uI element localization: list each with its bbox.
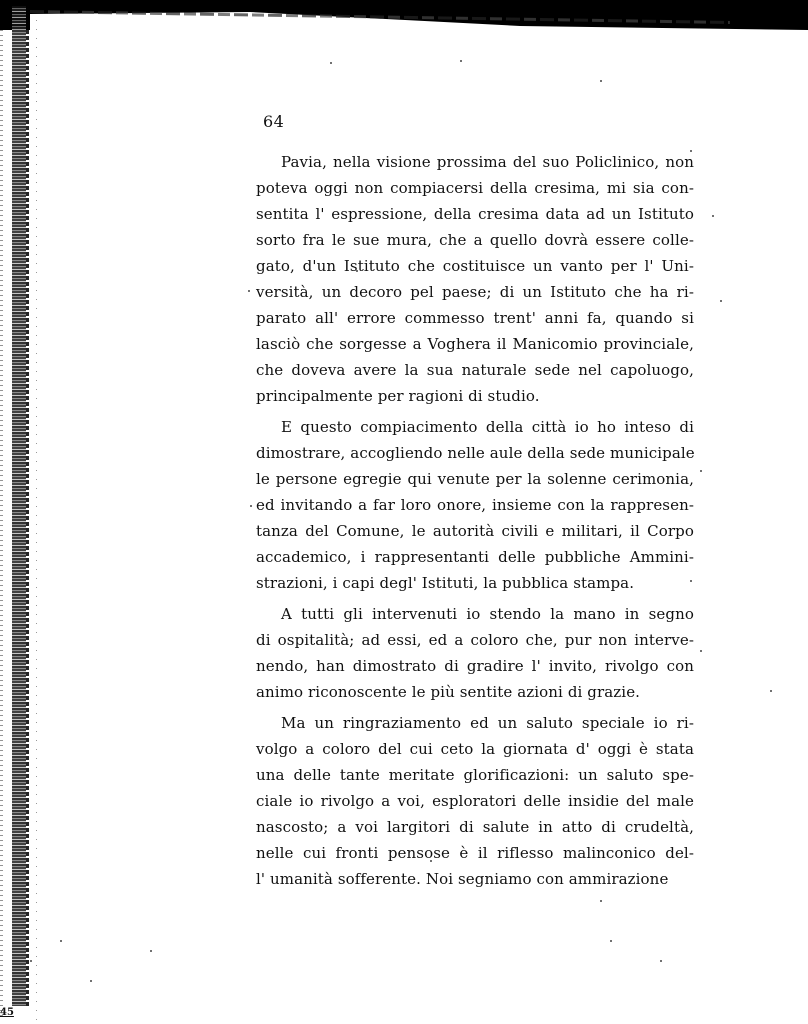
scan-speck bbox=[690, 580, 692, 582]
scan-speck bbox=[600, 80, 602, 82]
text-line: gato, d'un Istituto che costituisce un v… bbox=[256, 253, 694, 279]
scan-speck bbox=[150, 950, 152, 952]
text-line: l' umanità sofferente. Noi segniamo con … bbox=[256, 866, 694, 892]
margin-mark: 45 bbox=[0, 1007, 14, 1018]
text-line: lasciò che sorgesse a Voghera il Manicom… bbox=[256, 331, 694, 357]
text-line: ciale io rivolgo a voi, esploratori dell… bbox=[256, 788, 694, 814]
scan-speck bbox=[720, 300, 722, 302]
scan-speck bbox=[430, 860, 432, 862]
text-line: tanza del Comune, le autorità civili e m… bbox=[256, 518, 694, 544]
text-line: accademico, i rappresentanti delle pubbl… bbox=[256, 544, 694, 570]
scan-speck bbox=[700, 470, 702, 472]
scan-speck bbox=[250, 505, 252, 507]
text-line: animo riconoscente le più sentite azioni… bbox=[256, 679, 694, 705]
text-line: parato all' errore commesso trent' anni … bbox=[256, 305, 694, 331]
text-line: nelle cui fronti pensose è il riflesso m… bbox=[256, 840, 694, 866]
scan-speck bbox=[60, 940, 62, 942]
text-line: sorto fra le sue mura, che a quello dovr… bbox=[256, 227, 694, 253]
text-line: di ospitalità; ad essi, ed a coloro che,… bbox=[256, 627, 694, 653]
scan-left-edge-noise bbox=[0, 30, 3, 1020]
text-line: Pavia, nella visione prossima del suo Po… bbox=[256, 149, 694, 175]
scan-speck bbox=[712, 215, 714, 217]
scan-speck bbox=[460, 60, 462, 62]
text-line: che doveva avere la sua naturale sede ne… bbox=[256, 357, 694, 383]
text-line: versità, un decoro pel paese; di un Isti… bbox=[256, 279, 694, 305]
body-text: Pavia, nella visione prossima del suo Po… bbox=[256, 149, 694, 892]
book-binding-strip bbox=[12, 6, 26, 1006]
page-number: 64 bbox=[263, 112, 284, 131]
scan-speck bbox=[30, 960, 32, 962]
text-line: A tutti gli intervenuti io stendo la man… bbox=[256, 601, 694, 627]
paragraph: Ma un ringraziamento ed un saluto specia… bbox=[256, 710, 694, 892]
scan-speck bbox=[90, 980, 92, 982]
text-line: dimostrare, accogliendo nelle aule della… bbox=[256, 440, 694, 466]
paragraph: E questo compiacimento della città io ho… bbox=[256, 414, 694, 596]
paragraph: Pavia, nella visione prossima del suo Po… bbox=[256, 149, 694, 409]
text-line: poteva oggi non compiacersi della cresim… bbox=[256, 175, 694, 201]
text-line: principalmente per ragioni di studio. bbox=[256, 383, 694, 409]
binding-dotted-line bbox=[36, 20, 37, 1020]
scan-speck bbox=[356, 270, 358, 272]
text-line: nascosto; a voi largitori di salute in a… bbox=[256, 814, 694, 840]
scan-speck bbox=[610, 940, 612, 942]
text-line: le persone egregie qui venute per la sol… bbox=[256, 466, 694, 492]
text-line: nendo, han dimostrato di gradire l' invi… bbox=[256, 653, 694, 679]
scan-speck bbox=[600, 900, 602, 902]
text-line: strazioni, i capi degl' Istituti, la pub… bbox=[256, 570, 694, 596]
scan-speck bbox=[690, 150, 692, 152]
scan-speck bbox=[248, 290, 250, 292]
paragraph: A tutti gli intervenuti io stendo la man… bbox=[256, 601, 694, 705]
scan-speck bbox=[660, 960, 662, 962]
text-line: volgo a coloro del cui ceto la giornata … bbox=[256, 736, 694, 762]
text-line: E questo compiacimento della città io ho… bbox=[256, 414, 694, 440]
scan-speck bbox=[700, 650, 702, 652]
scan-speck bbox=[500, 880, 502, 882]
text-line: una delle tante meritate glorificazioni:… bbox=[256, 762, 694, 788]
scan-speck bbox=[770, 690, 772, 692]
scan-speck bbox=[330, 62, 332, 64]
text-line: sentita l' espressione, della cresima da… bbox=[256, 201, 694, 227]
text-line: Ma un ringraziamento ed un saluto specia… bbox=[256, 710, 694, 736]
text-line: ed invitando a far loro onore, insieme c… bbox=[256, 492, 694, 518]
